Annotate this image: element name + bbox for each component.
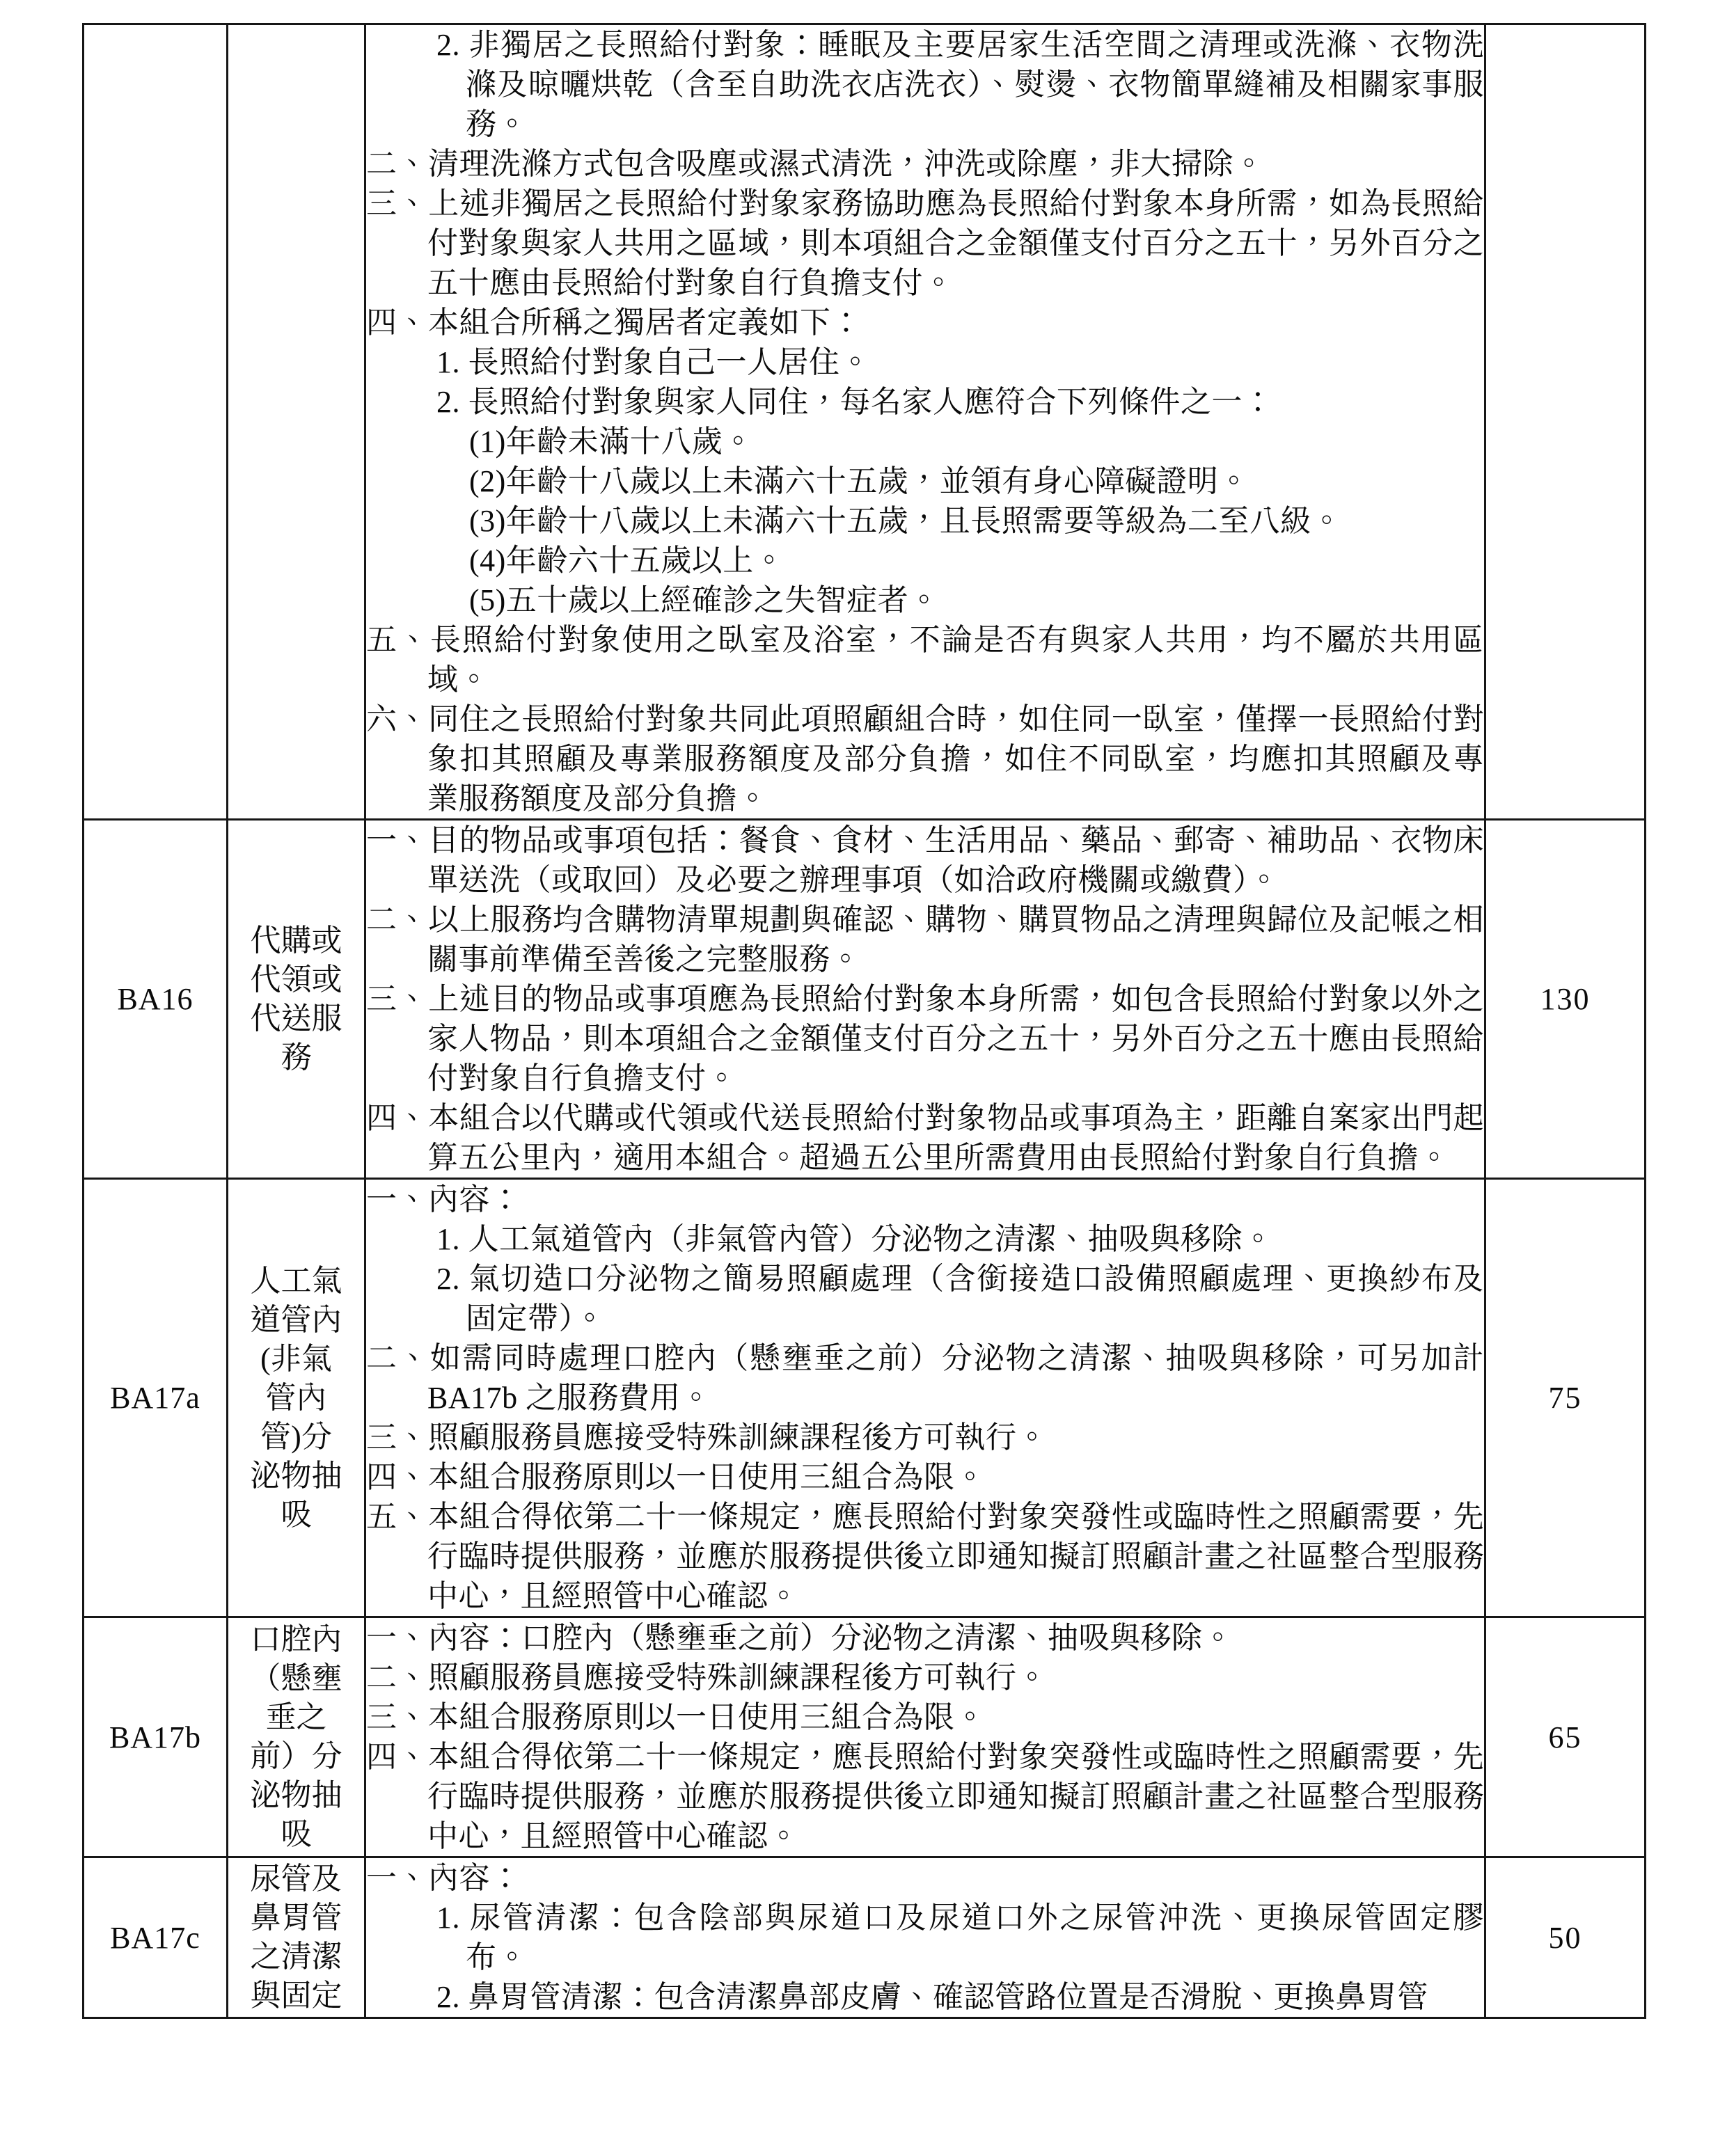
service-code-cell: BA17a xyxy=(84,1179,228,1617)
service-name-cell: 口腔內 （懸壅 垂之 前）分 泌物抽 吸 xyxy=(228,1617,365,1857)
description-paragraph: (2)年齡十八歲以上未滿六十五歲，並領有身心障礙證明。 xyxy=(366,461,1484,501)
description-paragraph: 一、內容： xyxy=(366,1858,1484,1898)
description-paragraph: 一、內容：口腔內（懸壅垂之前）分泌物之清潔、抽吸與移除。 xyxy=(366,1618,1484,1658)
description-paragraph: 五、本組合得依第二十一條規定，應長照給付對象突發性或臨時性之照顧需要，先行臨時提… xyxy=(366,1497,1484,1616)
description-paragraph: 2. 鼻胃管清潔：包含清潔鼻部皮膚、確認管路位置是否滑脫、更換鼻胃管 xyxy=(366,1977,1484,2017)
service-description-cell: 一、內容：1. 人工氣道管內（非氣管內管）分泌物之清潔、抽吸與移除。2. 氣切造… xyxy=(365,1179,1485,1617)
service-price-cell: 130 xyxy=(1485,820,1646,1179)
document-page: 2. 非獨居之長照給付對象：睡眠及主要居家生活空間之清理或洗滌、衣物洗 滌及晾曬… xyxy=(0,0,1727,2156)
service-description-cell: 2. 非獨居之長照給付對象：睡眠及主要居家生活空間之清理或洗滌、衣物洗 滌及晾曬… xyxy=(365,24,1485,820)
description-paragraph: (1)年齡未滿十八歲。 xyxy=(366,422,1484,461)
description-paragraph: (3)年齡十八歲以上未滿六十五歲，且長照需要等級為二至八級。 xyxy=(366,501,1484,541)
description-paragraph: 1. 長照給付對象自己一人居住。 xyxy=(366,342,1484,382)
service-code-cell: BA17c xyxy=(84,1857,228,2018)
description-paragraph: 六、同住之長照給付對象共同此項照顧組合時，如住同一臥室，僅擇一長照給付對象扣其照… xyxy=(366,699,1484,818)
service-code-cell xyxy=(84,24,228,820)
service-name-cell: 人工氣 道管內 (非氣 管內 管)分 泌物抽 吸 xyxy=(228,1179,365,1617)
description-paragraph: (5)五十歲以上經確診之失智症者。 xyxy=(366,580,1484,620)
service-price-cell: 50 xyxy=(1485,1857,1646,2018)
description-paragraph: 五、長照給付對象使用之臥室及浴室，不論是否有與家人共用，均不屬於共用區域。 xyxy=(366,620,1484,699)
description-paragraph: 三、照顧服務員應接受特殊訓練課程後方可執行。 xyxy=(366,1418,1484,1457)
description-paragraph: 一、目的物品或事項包括：餐食、食材、生活用品、藥品、郵寄、補助品、衣物床單送洗（… xyxy=(366,821,1484,900)
table-row: BA17b口腔內 （懸壅 垂之 前）分 泌物抽 吸一、內容：口腔內（懸壅垂之前）… xyxy=(84,1617,1646,1857)
service-description-cell: 一、內容：口腔內（懸壅垂之前）分泌物之清潔、抽吸與移除。二、照顧服務員應接受特殊… xyxy=(365,1617,1485,1857)
table-row: BA16代購或 代領或 代送服 務一、目的物品或事項包括：餐食、食材、生活用品、… xyxy=(84,820,1646,1179)
description-paragraph: 三、上述目的物品或事項應為長照給付對象本身所需，如包含長照給付對象以外之家人物品… xyxy=(366,979,1484,1098)
description-paragraph: 三、上述非獨居之長照給付對象家務協助應為長照給付對象本身所需，如為長照給付對象與… xyxy=(366,184,1484,303)
table-row: BA17a人工氣 道管內 (非氣 管內 管)分 泌物抽 吸一、內容：1. 人工氣… xyxy=(84,1179,1646,1617)
description-paragraph: 三、本組合服務原則以一日使用三組合為限。 xyxy=(366,1697,1484,1737)
description-paragraph: 2. 非獨居之長照給付對象：睡眠及主要居家生活空間之清理或洗滌、衣物洗 滌及晾曬… xyxy=(366,25,1484,144)
table-row: BA17c尿管及 鼻胃管 之清潔 與固定一、內容：1. 尿管清潔：包含陰部與尿道… xyxy=(84,1857,1646,2018)
description-paragraph: 二、清理洗滌方式包含吸塵或濕式清洗，沖洗或除塵，非大掃除。 xyxy=(366,144,1484,184)
description-paragraph: 二、如需同時處理口腔內（懸壅垂之前）分泌物之清潔、抽吸與移除，可另加計 BA17… xyxy=(366,1338,1484,1418)
description-paragraph: 二、以上服務均含購物清單規劃與確認、購物、購買物品之清理與歸位及記帳之相 關事前… xyxy=(366,900,1484,979)
service-name-cell: 尿管及 鼻胃管 之清潔 與固定 xyxy=(228,1857,365,2018)
description-paragraph: 1. 人工氣道管內（非氣管內管）分泌物之清潔、抽吸與移除。 xyxy=(366,1219,1484,1259)
description-paragraph: 二、照顧服務員應接受特殊訓練課程後方可執行。 xyxy=(366,1658,1484,1697)
service-name-cell: 代購或 代領或 代送服 務 xyxy=(228,820,365,1179)
description-paragraph: 四、本組合得依第二十一條規定，應長照給付對象突發性或臨時性之照顧需要，先行臨時提… xyxy=(366,1737,1484,1856)
service-code-cell: BA17b xyxy=(84,1617,228,1857)
description-paragraph: 一、內容： xyxy=(366,1180,1484,1219)
table-row: 2. 非獨居之長照給付對象：睡眠及主要居家生活空間之清理或洗滌、衣物洗 滌及晾曬… xyxy=(84,24,1646,820)
description-paragraph: (4)年齡六十五歲以上。 xyxy=(366,541,1484,580)
description-paragraph: 四、本組合以代購或代領或代送長照給付對象物品或事項為主，距離自案家出門起算五公里… xyxy=(366,1098,1484,1178)
service-description-cell: 一、內容：1. 尿管清潔：包含陰部與尿道口及尿道口外之尿管沖洗、更換尿管固定膠布… xyxy=(365,1857,1485,2018)
service-price-cell: 65 xyxy=(1485,1617,1646,1857)
description-paragraph: 2. 氣切造口分泌物之簡易照顧處理（含銜接造口設備照顧處理、更換紗布及 固定帶）… xyxy=(366,1259,1484,1338)
service-description-cell: 一、目的物品或事項包括：餐食、食材、生活用品、藥品、郵寄、補助品、衣物床單送洗（… xyxy=(365,820,1485,1179)
service-name-cell xyxy=(228,24,365,820)
description-paragraph: 四、本組合所稱之獨居者定義如下： xyxy=(366,303,1484,342)
service-code-cell: BA16 xyxy=(84,820,228,1179)
service-price-cell: 75 xyxy=(1485,1179,1646,1617)
description-paragraph: 四、本組合服務原則以一日使用三組合為限。 xyxy=(366,1457,1484,1497)
description-paragraph: 2. 長照給付對象與家人同住，每名家人應符合下列條件之一： xyxy=(366,382,1484,422)
service-price-cell xyxy=(1485,24,1646,820)
service-table: 2. 非獨居之長照給付對象：睡眠及主要居家生活空間之清理或洗滌、衣物洗 滌及晾曬… xyxy=(82,23,1646,2019)
service-table-body: 2. 非獨居之長照給付對象：睡眠及主要居家生活空間之清理或洗滌、衣物洗 滌及晾曬… xyxy=(84,24,1646,2018)
description-paragraph: 1. 尿管清潔：包含陰部與尿道口及尿道口外之尿管沖洗、更換尿管固定膠布。 xyxy=(366,1898,1484,1977)
